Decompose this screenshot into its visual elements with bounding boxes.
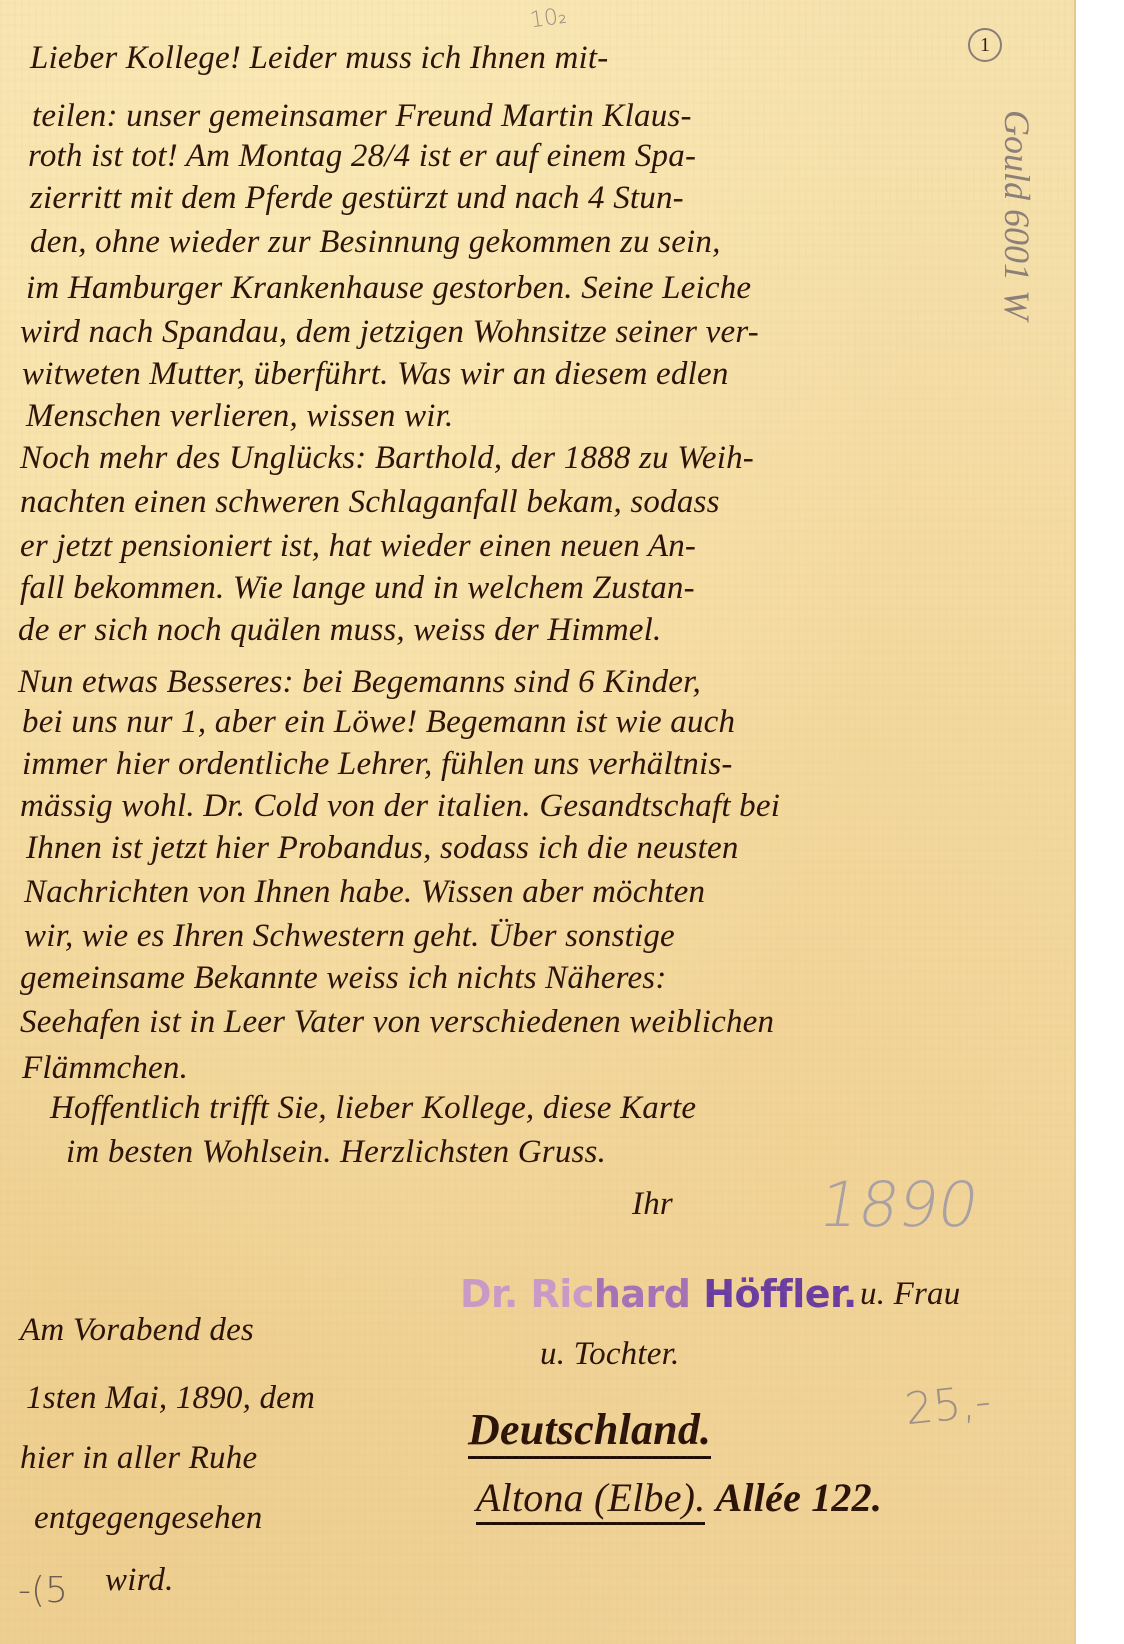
body-line: gemeinsame Bekannte weiss ich nichts Näh… — [20, 960, 667, 997]
closing-line: im besten Wohlsein. Herzlichsten Gruss. — [66, 1134, 606, 1171]
stamp-name: Höffler. — [703, 1272, 857, 1316]
address-city-line: Altona (Elbe). Allée 122. — [476, 1474, 882, 1521]
body-line: Ihnen ist jetzt hier Probandus, sodass i… — [26, 830, 739, 867]
body-line: Seehafen ist in Leer Vater von verschied… — [20, 1004, 774, 1041]
address-country-text: Deutschland. — [468, 1405, 711, 1459]
body-line: bei uns nur 1, aber ein Löwe! Begemann i… — [22, 704, 735, 741]
address-street: Allée 122. — [716, 1475, 882, 1520]
body-line: Nachrichten von Ihnen habe. Wissen aber … — [24, 874, 705, 911]
top-pencil-number: 10₂ — [528, 4, 568, 34]
body-line: immer hier ordentliche Lehrer, fühlen un… — [22, 746, 733, 783]
address-country: Deutschland. — [468, 1404, 711, 1455]
year-pencil: 1890 — [814, 1168, 985, 1241]
side-note-line: Am Vorabend des — [20, 1312, 254, 1349]
stamp-prefix: Dr. Ric — [460, 1272, 594, 1316]
body-line: nachten einen schweren Schlaganfall beka… — [20, 484, 720, 521]
side-note-line: hier in aller Ruhe — [20, 1440, 257, 1477]
body-line: witweten Mutter, überführt. Was wir an d… — [22, 356, 729, 393]
signature-line-2: u. Tochter. — [540, 1336, 679, 1373]
body-line: den, ohne wieder zur Besinnung gekommen … — [30, 224, 721, 261]
body-line: im Hamburger Krankenhause gestorben. Sei… — [26, 270, 751, 307]
page-number-circle: 1 — [968, 28, 1002, 62]
salutation: Ihr — [632, 1186, 673, 1223]
closing-line: Hoffentlich trifft Sie, lieber Kollege, … — [50, 1090, 696, 1127]
body-line: wir, wie es Ihren Schwestern geht. Über … — [24, 918, 675, 955]
signature-after-stamp: u. Frau — [860, 1276, 960, 1313]
body-line: Noch mehr des Unglücks: Barthold, der 18… — [20, 440, 754, 477]
body-line: mässig wohl. Dr. Cold von der italien. G… — [20, 788, 780, 825]
body-line: de er sich noch quälen muss, weiss der H… — [18, 612, 661, 649]
body-line: Nun etwas Besseres: bei Begemanns sind 6… — [18, 664, 701, 701]
stamp-middle: hard — [594, 1272, 703, 1316]
body-line: teilen: unser gemeinsamer Freund Martin … — [32, 98, 692, 135]
postcard: 10₂ 1 Gould 6001 W 1890 25,- -(5 Lieber … — [0, 0, 1076, 1644]
body-line: Menschen verlieren, wissen wir. — [26, 398, 453, 435]
body-line: Lieber Kollege! Leider muss ich Ihnen mi… — [30, 40, 608, 77]
margin-vertical-note: Gould 6001 W — [996, 110, 1038, 320]
price-pencil: 25,- — [903, 1376, 994, 1436]
body-line: fall bekommen. Wie lange und in welchem … — [20, 570, 695, 607]
address-city: Altona (Elbe). — [476, 1475, 705, 1525]
bottom-left-pencil: -(5 — [18, 1570, 68, 1611]
body-line: wird nach Spandau, dem jetzigen Wohnsitz… — [20, 314, 759, 351]
side-note-line: 1sten Mai, 1890, dem — [26, 1380, 315, 1417]
body-line: zierritt mit dem Pferde gestürzt und nac… — [30, 180, 684, 217]
name-stamp: Dr. Richard Höffler. — [460, 1272, 857, 1316]
side-note-line: wird. — [105, 1562, 174, 1599]
body-line: roth ist tot! Am Montag 28/4 ist er auf … — [28, 138, 696, 175]
body-line: er jetzt pensioniert ist, hat wieder ein… — [20, 528, 696, 565]
body-line: Flämmchen. — [22, 1050, 188, 1087]
side-note-line: entgegengesehen — [34, 1500, 262, 1537]
